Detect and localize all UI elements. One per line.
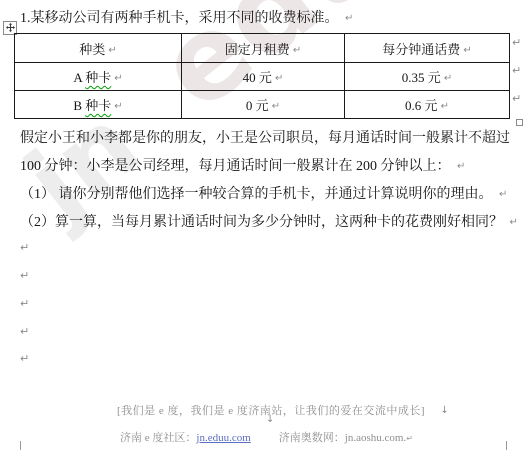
aoshu-text: jn.aoshu.com. xyxy=(345,432,406,444)
community-link[interactable]: jn.eduu.com xyxy=(196,432,250,444)
paragraph-mark-icon: ↵ xyxy=(20,352,29,365)
table-resize-handle[interactable] xyxy=(516,119,523,126)
cell-card-b-label: B 种卡↵ xyxy=(15,91,182,119)
table-row-card-b: B 种卡↵ 0 元↵ 0.6 元↵ xyxy=(15,91,510,119)
line-break-icon: ↓ xyxy=(440,405,449,416)
aoshu-label: 济南奥数网： xyxy=(279,432,345,444)
cell-card-b-monthly-fee: 0 元↵ xyxy=(182,91,345,119)
margin-marker xyxy=(20,441,21,450)
table-row-card-a: A 种卡↵ 40 元↵ 0.35 元↵ xyxy=(15,63,510,91)
cell-mark-icon: ↵ xyxy=(114,73,122,84)
line-break-icon: ↓ xyxy=(266,414,274,425)
card-letter: B xyxy=(73,98,85,113)
paragraph-mark-icon: ↵ xyxy=(406,434,413,443)
row-end-mark-icon: ↵ xyxy=(512,64,521,77)
cell-mark-icon: ↵ xyxy=(463,45,471,56)
card-letter: A xyxy=(73,70,85,85)
cell-card-a-per-minute-fee: 0.35 元↵ xyxy=(345,63,510,91)
paragraph-mark-icon: ↵ xyxy=(20,269,29,282)
cell-card-a-monthly-fee: 40 元↵ xyxy=(182,63,345,91)
paragraph-mark-icon: ↵ xyxy=(20,297,29,310)
question-text: （2）算一算，当每月累计通话时间为多少分钟时，这两种卡的花费刚好相同？ xyxy=(20,215,503,230)
cell-mark-icon: ↵ xyxy=(441,101,449,112)
title-text: 1.某移动公司有两种手机卡，采用不同的收费标准。 xyxy=(20,11,339,26)
header-text: 固定月租费 xyxy=(225,42,290,57)
cell-card-a-label: A 种卡↵ xyxy=(15,63,182,91)
paragraph-mark-icon: ↵ xyxy=(345,13,353,24)
paragraph-line: 100 分钟：小李是公司经理，每月通话时间一般累计在 200 分钟以上： ↵ xyxy=(20,155,465,175)
cell-mark-icon: ↵ xyxy=(108,45,116,56)
fee-value: 0.35 元 xyxy=(402,70,441,85)
question-2-line: （2）算一算，当每月累计通话时间为多少分钟时，这两种卡的花费刚好相同？ ↵ xyxy=(20,211,518,231)
card-label: 种卡 xyxy=(85,98,111,113)
cell-mark-icon: ↵ xyxy=(272,101,280,112)
header-text: 种类 xyxy=(79,42,105,57)
fee-value: 0.6 元 xyxy=(405,98,438,113)
fee-value: 40 元 xyxy=(243,70,272,85)
question-text: （1） 请你分别帮他们选择一种较合算的手机卡，并通过计算说明你的理由。 xyxy=(20,187,493,202)
document-page: edu jn 1.某移动公司有两种手机卡，采用不同的收费标准。 ↵ 种类↵ 固定… xyxy=(0,0,526,456)
community-label: 济南 e 度社区： xyxy=(120,432,196,444)
row-end-mark-icon: ↵ xyxy=(512,92,521,105)
fee-table: 种类↵ 固定月租费↵ 每分钟通话费↵ A 种卡↵ 40 元↵ 0.35 元↵ B… xyxy=(14,33,510,119)
header-cell-per-minute-fee: 每分钟通话费↵ xyxy=(345,34,510,63)
footer-links: 济南 e 度社区：jn.eduu.com济南奥数网：jn.aoshu.com.↵ xyxy=(120,429,413,445)
table-header-row: 种类↵ 固定月租费↵ 每分钟通话费↵ xyxy=(15,34,510,63)
paragraph-mark-icon: ↵ xyxy=(499,189,507,200)
footer-slogan: [我们是 e 度，我们是 e 度济南站，让我们的爱在交流中成长] ↓ xyxy=(117,402,449,418)
margin-marker xyxy=(506,441,507,450)
paragraph-mark-icon: ↵ xyxy=(20,325,29,338)
problem-title: 1.某移动公司有两种手机卡，采用不同的收费标准。 ↵ xyxy=(20,7,353,27)
header-cell-type: 种类↵ xyxy=(15,34,182,63)
paragraph-mark-icon: ↵ xyxy=(510,217,518,228)
card-label: 种卡 xyxy=(85,70,111,85)
paragraph-line: 假定小王和小李都是你的朋友，小王是公司职员，每月通话时间一般累计不超过 xyxy=(20,127,510,147)
fee-value: 0 元 xyxy=(246,98,269,113)
paragraph-mark-icon: ↵ xyxy=(457,161,465,172)
row-end-mark-icon: ↵ xyxy=(512,36,521,49)
cell-mark-icon: ↵ xyxy=(293,45,301,56)
cell-mark-icon: ↵ xyxy=(275,73,283,84)
paragraph-text: 假定小王和小李都是你的朋友，小王是公司职员，每月通话时间一般累计不超过 xyxy=(20,131,510,146)
paragraph-text: 100 分钟：小李是公司经理，每月通话时间一般累计在 200 分钟以上： xyxy=(20,159,451,174)
header-cell-monthly-fee: 固定月租费↵ xyxy=(182,34,345,63)
question-1-line: （1） 请你分别帮他们选择一种较合算的手机卡，并通过计算说明你的理由。 ↵ xyxy=(20,183,507,203)
cell-mark-icon: ↵ xyxy=(114,101,122,112)
header-text: 每分钟通话费 xyxy=(382,42,460,57)
cell-card-b-per-minute-fee: 0.6 元↵ xyxy=(345,91,510,119)
paragraph-mark-icon: ↵ xyxy=(20,241,29,254)
cell-mark-icon: ↵ xyxy=(444,73,452,84)
